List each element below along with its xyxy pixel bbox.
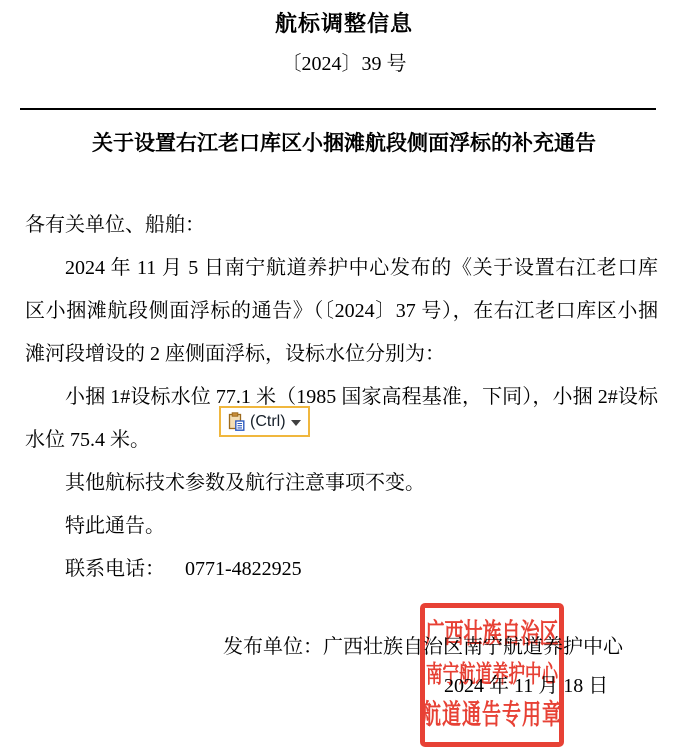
notice-document-page: 航标调整信息 〔2024〕39 号 关于设置右江老口库区小捆滩航段侧面浮标的补充…: [0, 0, 688, 750]
chevron-down-icon[interactable]: [291, 420, 301, 426]
doc-subject-title: 关于设置右江老口库区小捆滩航段侧面浮标的补充通告: [0, 127, 688, 157]
doc-number: 〔2024〕39 号: [0, 47, 688, 76]
salutation-line: 各有关单位、船舶：: [25, 204, 658, 247]
paragraph-background-notice: 2024 年 11 月 5 日南宁航道养护中心发布的《关于设置右江老口库区小捆滩…: [25, 247, 658, 376]
publisher-name: 广西壮族自治区南宁航道养护中心: [323, 636, 623, 658]
paragraph-other-parameters: 其他航标技术参数及航行注意事项不变。: [25, 462, 658, 505]
paste-options-button[interactable]: (Ctrl): [219, 406, 310, 437]
contact-label: 联系电话：: [65, 558, 165, 580]
doc-header-title: 航标调整信息: [0, 7, 688, 38]
contact-phone: 0771-4822925: [185, 558, 302, 580]
paragraph-hereby-notice: 特此通告。: [25, 505, 658, 548]
doc-body: 各有关单位、船舶： 2024 年 11 月 5 日南宁航道养护中心发布的《关于设…: [25, 204, 658, 591]
clipboard-paste-icon: [228, 412, 245, 431]
header-divider: [20, 108, 656, 110]
contact-line: 联系电话：0771-4822925: [25, 548, 658, 591]
paragraph-water-levels: 小捆 1#设标水位 77.1 米（1985 国家高程基准，下同），小捆 2#设标…: [25, 376, 658, 462]
publisher-label: 发布单位：: [223, 636, 323, 658]
paste-button-label: (Ctrl): [250, 413, 286, 431]
publisher-line: 发布单位：广西壮族自治区南宁航道养护中心: [223, 630, 623, 659]
stamp-line-seal-type: 航道通告专用章: [422, 701, 562, 729]
publish-date: 2024 年 11 月 18 日: [444, 669, 608, 698]
